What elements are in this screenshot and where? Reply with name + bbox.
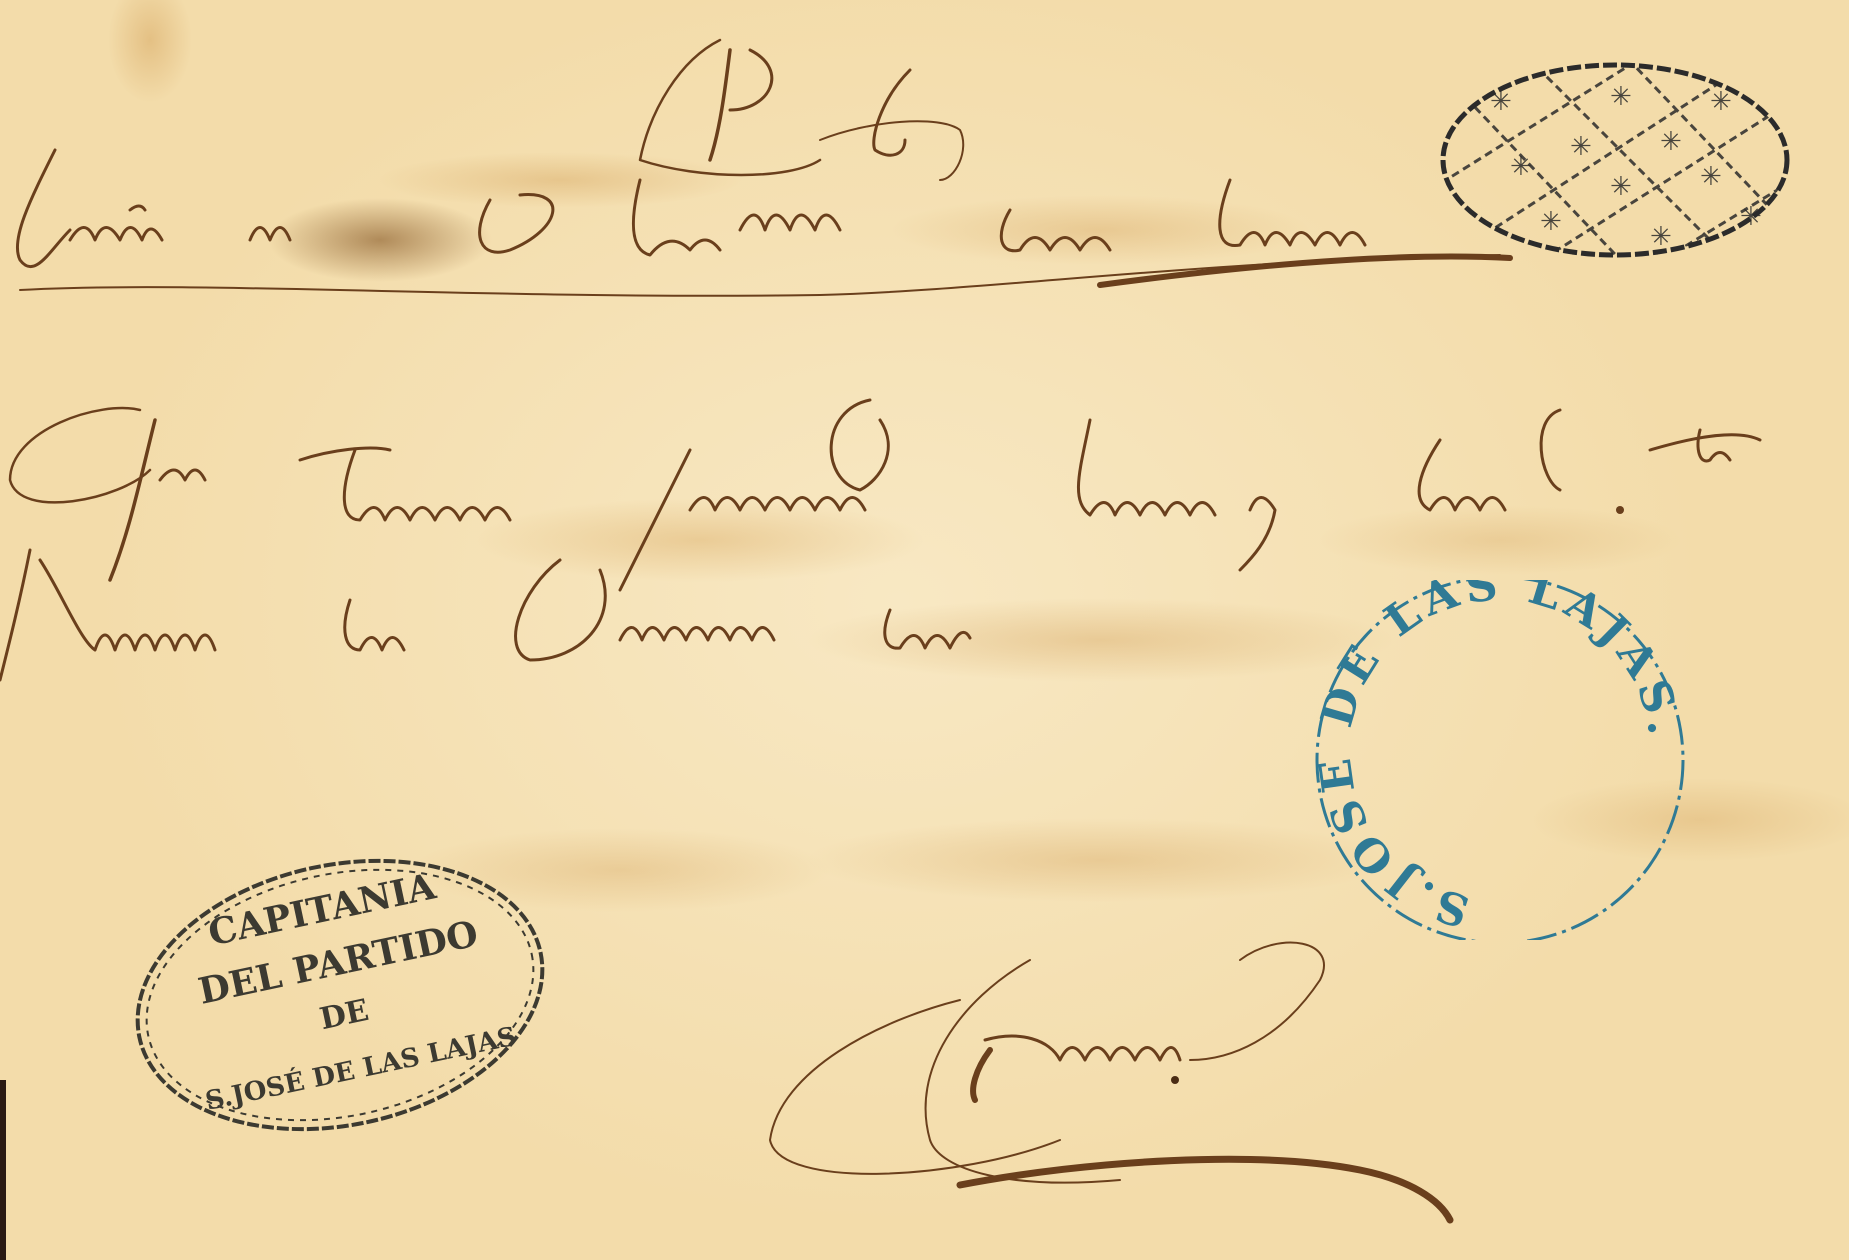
script-line-4 [0,530,1100,694]
svg-text:✳: ✳ [1610,172,1632,202]
svg-text:✳: ✳ [1610,82,1632,112]
script-havana [760,920,1560,1224]
circular-town-stamp: S.JOSE DE LAS LAJAS. [1300,580,1700,940]
svg-text:✳: ✳ [1490,87,1512,117]
svg-text:✳: ✳ [1740,202,1762,232]
svg-text:✳: ✳ [1660,127,1682,157]
svg-text:S.JOSE DE LAS LAJAS.: S.JOSE DE LAS LAJAS. [1309,580,1690,937]
svg-text:✳: ✳ [1540,207,1562,237]
svg-text:✳: ✳ [1510,152,1532,182]
stamp-circle-text: S.JOSE DE LAS LAJAS. [1309,580,1690,937]
stamp-line-3: DE [317,993,372,1037]
grid-star-stamp: ✳✳✳ ✳✳✳ ✳✳✳ ✳✳ [1430,50,1800,270]
capitania-oval-stamp: CAPITANIA DEL PARTIDO DE S.JOSÉ DE LAS L… [120,845,560,1145]
script-line-2 [0,140,1540,304]
svg-text:✳: ✳ [1700,162,1722,192]
page-edge-shadow [0,1080,6,1260]
svg-text:✳: ✳ [1710,87,1732,117]
svg-text:✳: ✳ [1570,132,1592,162]
letter-sheet: R.l S. Escrivª de D. José de la Cruz Vel… [0,0,1849,1260]
svg-text:✳: ✳ [1650,222,1672,252]
